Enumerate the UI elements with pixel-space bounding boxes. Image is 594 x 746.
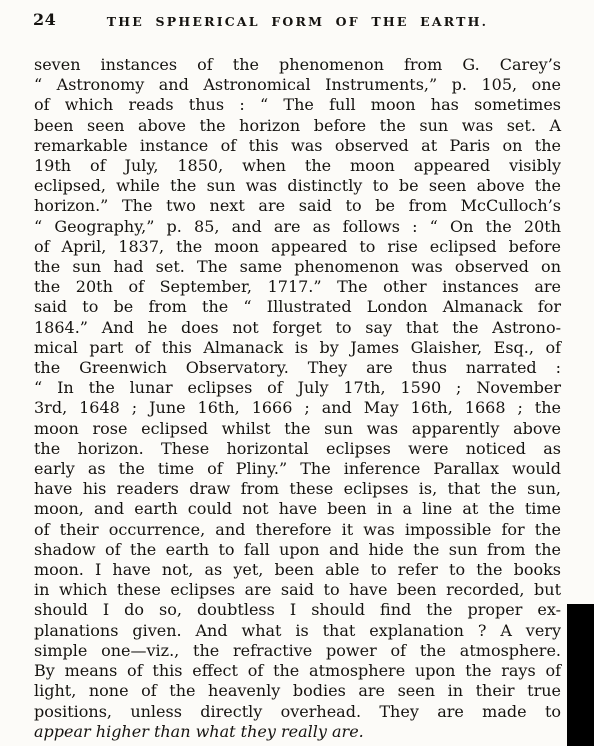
text-line: remarkable instance of this was observed…: [34, 136, 561, 156]
text-line: the horizon. These horizontal eclipses w…: [34, 439, 561, 459]
text-line: mical part of this Almanack is by James …: [34, 338, 561, 358]
text-line-italic: appear higher than what they really are.: [34, 722, 561, 742]
text-line: By means of this effect of the atmospher…: [34, 661, 561, 681]
text-line: of their occurrence, and therefore it wa…: [34, 520, 561, 540]
text-line: the Greenwich Observatory. They are thus…: [34, 358, 561, 378]
body-text-column: seven instances of the phenomenon from G…: [34, 55, 561, 742]
text-line: moon. I have not, as yet, been able to r…: [34, 560, 561, 580]
text-line: been seen above the horizon before the s…: [34, 116, 561, 136]
book-page-scan: 24 THE SPHERICAL FORM OF THE EARTH. seve…: [0, 0, 594, 746]
scan-artifact-black-bar: [567, 604, 594, 746]
text-line: planations given. And what is that expla…: [34, 621, 561, 641]
text-line: the sun had set. The same phenomenon was…: [34, 257, 561, 277]
text-line: have his readers draw from these eclipse…: [34, 479, 561, 499]
text-line: moon rose eclipsed whilst the sun was ap…: [34, 419, 561, 439]
text-line: shadow of the earth to fall upon and hid…: [34, 540, 561, 560]
text-line: simple one—viz., the refractive power of…: [34, 641, 561, 661]
text-line: horizon.” The two next are said to be fr…: [34, 196, 561, 216]
text-line: of April, 1837, the moon appeared to ris…: [34, 237, 561, 257]
text-line: early as the time of Pliny.” The inferen…: [34, 459, 561, 479]
text-line: seven instances of the phenomenon from G…: [34, 55, 561, 75]
text-line: moon, and earth could not have been in a…: [34, 499, 561, 519]
text-line: 1864.” And he does not forget to say tha…: [34, 318, 561, 338]
running-title: THE SPHERICAL FORM OF THE EARTH.: [34, 14, 561, 29]
text-line: “ Geography,” p. 85, and are as follows …: [34, 217, 561, 237]
text-line: positions, unless directly overhead. The…: [34, 702, 561, 722]
text-line: “ In the lunar eclipses of July 17th, 15…: [34, 378, 561, 398]
text-line: said to be from the “ Illustrated London…: [34, 297, 561, 317]
text-line: of which reads thus : “ The full moon ha…: [34, 95, 561, 115]
text-line: the 20th of September, 1717.” The other …: [34, 277, 561, 297]
text-line: eclipsed, while the sun was distinctly t…: [34, 176, 561, 196]
text-line: 19th of July, 1850, when the moon appear…: [34, 156, 561, 176]
text-line: should I do so, doubtless I should find …: [34, 600, 561, 620]
text-line: “ Astronomy and Astronomical Instruments…: [34, 75, 561, 95]
text-line: light, none of the heavenly bodies are s…: [34, 681, 561, 701]
text-line: in which these eclipses are said to have…: [34, 580, 561, 600]
text-line: 3rd, 1648 ; June 16th, 1666 ; and May 16…: [34, 398, 561, 418]
